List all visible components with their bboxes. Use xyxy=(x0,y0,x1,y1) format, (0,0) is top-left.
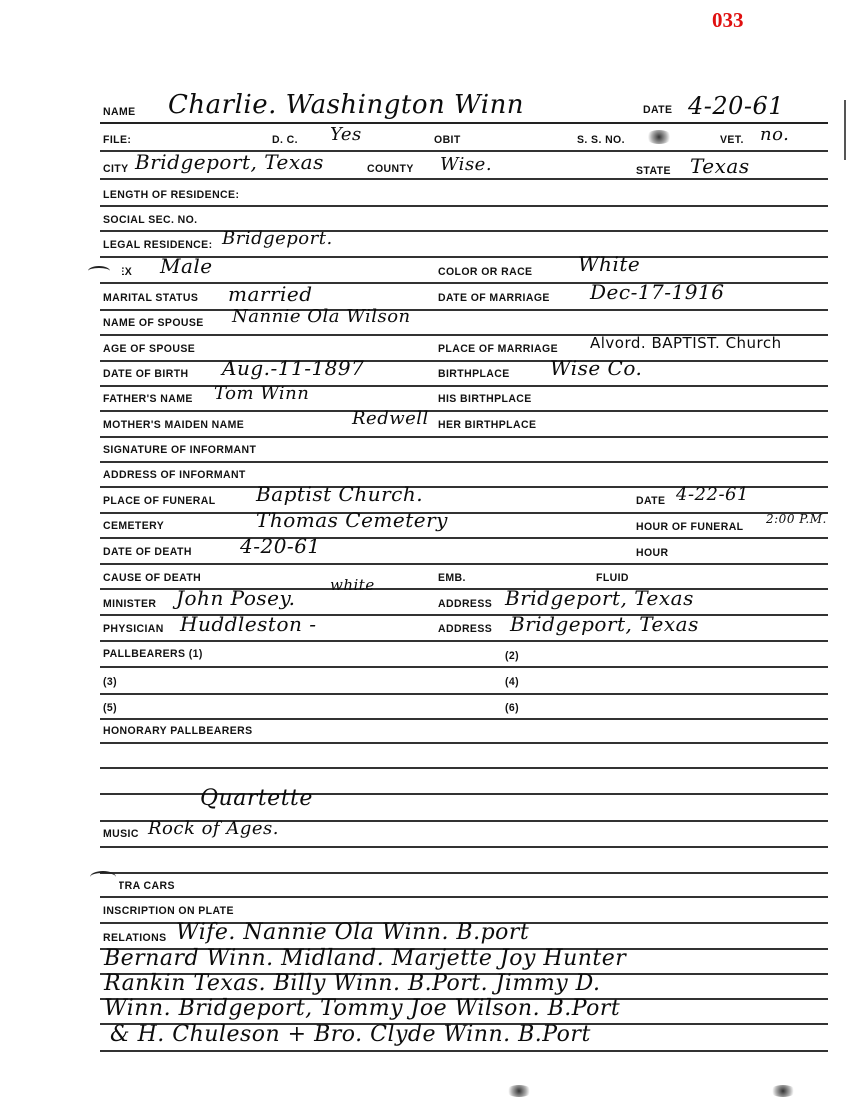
page-number: 033 xyxy=(712,8,744,33)
scan-artifact xyxy=(770,1085,796,1097)
label-ss-no: S. S. NO. xyxy=(577,134,625,147)
label-physician: PHYSICIAN xyxy=(103,623,164,636)
value-color-or-race: White xyxy=(578,252,640,276)
rule xyxy=(100,230,828,232)
rule xyxy=(100,718,828,720)
label-her-birthplace: HER BIRTHPLACE xyxy=(438,419,536,432)
label-pallbearer-1: PALLBEARERS (1) xyxy=(103,648,203,661)
punch-hole-mark xyxy=(90,871,116,883)
relations-line: Bernard Winn. Midland. Marjette Joy Hunt… xyxy=(104,946,626,971)
label-place-of-marriage: PLACE OF MARRIAGE xyxy=(438,343,558,356)
relations-line: Winn. Bridgeport, Tommy Joe Wilson. B.Po… xyxy=(104,996,620,1021)
value-date-of-death: 4-20-61 xyxy=(240,534,321,558)
label-mothers-maiden-name: MOTHER'S MAIDEN NAME xyxy=(103,419,244,432)
value-hour-of-funeral: 2:00 P.M. xyxy=(766,512,827,526)
value-date: 4-20-61 xyxy=(688,92,784,120)
label-birthplace: BIRTHPLACE xyxy=(438,368,510,381)
value-relations: Wife. Nannie Ola Winn. B.port xyxy=(176,920,529,945)
value-state: Texas xyxy=(690,154,750,178)
rule xyxy=(100,872,828,874)
label-file: FILE: xyxy=(103,134,131,147)
value-date-of-birth: Aug.-11-1897 xyxy=(222,356,364,380)
label-cause-of-death: CAUSE OF DEATH xyxy=(103,572,201,585)
scan-artifact xyxy=(506,1085,532,1097)
label-obit: OBIT xyxy=(434,134,461,147)
value-fathers-name: Tom Winn xyxy=(214,383,309,404)
relations-line: & H. Chuleson + Bro. Clyde Winn. B.Port xyxy=(110,1022,591,1047)
label-vet: VET. xyxy=(720,134,744,147)
label-dc: D. C. xyxy=(272,134,298,147)
rule xyxy=(100,436,828,438)
label-minister: MINISTER xyxy=(103,598,156,611)
label-date: DATE xyxy=(643,104,672,117)
rule xyxy=(100,309,828,311)
label-date-of-marriage: DATE OF MARRIAGE xyxy=(438,292,550,305)
value-city: Bridgeport, Texas xyxy=(135,150,324,174)
value-music: Rock of Ages. xyxy=(148,818,279,839)
rule xyxy=(100,742,828,744)
value-place-of-funeral: Baptist Church. xyxy=(256,482,423,506)
label-date-of-death: DATE OF DEATH xyxy=(103,546,192,559)
label-fathers-name: FATHER'S NAME xyxy=(103,393,193,406)
rule xyxy=(100,767,828,769)
rule xyxy=(100,205,828,207)
value-physician-address: Bridgeport, Texas xyxy=(510,612,699,636)
label-address-of-informant: ADDRESS OF INFORMANT xyxy=(103,469,246,482)
value-minister-address: Bridgeport, Texas xyxy=(505,586,694,610)
rule xyxy=(100,1050,828,1052)
label-age-of-spouse: AGE OF SPOUSE xyxy=(103,343,195,356)
label-pallbearer-2: (2) xyxy=(505,650,519,663)
label-inscription-on-plate: INSCRIPTION ON PLATE xyxy=(103,905,234,918)
label-color-or-race: COLOR OR RACE xyxy=(438,266,532,279)
label-length-of-residence: LENGTH OF RESIDENCE: xyxy=(103,189,239,202)
label-sex: SEX xyxy=(110,266,132,279)
value-physician: Huddleston - xyxy=(180,612,317,636)
rule xyxy=(100,640,828,642)
label-physician-address: ADDRESS xyxy=(438,623,492,636)
label-hour: HOUR xyxy=(636,547,669,560)
label-emb: EMB. xyxy=(438,572,466,585)
label-county: COUNTY xyxy=(367,163,414,176)
value-name-of-spouse: Nannie Ola Wilson xyxy=(232,306,411,327)
value-cemetery: Thomas Cemetery xyxy=(256,508,448,532)
label-pallbearer-5: (5) xyxy=(103,702,117,715)
rule xyxy=(100,846,828,848)
scan-edge xyxy=(844,100,846,160)
label-fluid: FLUID xyxy=(596,572,629,585)
label-name-of-spouse: NAME OF SPOUSE xyxy=(103,317,204,330)
rule xyxy=(100,360,828,362)
label-marital-status: MARITAL STATUS xyxy=(103,292,198,305)
label-name: NAME xyxy=(103,106,136,119)
label-legal-residence: LEGAL RESIDENCE: xyxy=(103,239,212,252)
value-legal-residence: Bridgeport. xyxy=(222,228,333,249)
rule xyxy=(100,563,828,565)
rule xyxy=(100,512,828,514)
punch-hole-mark xyxy=(88,266,110,276)
label-minister-address: ADDRESS xyxy=(438,598,492,611)
value-date-of-marriage: Dec-17-1916 xyxy=(590,280,724,304)
value-birthplace: Wise Co. xyxy=(550,356,642,380)
value-marital-status: married xyxy=(228,282,313,306)
value-sex: Male xyxy=(160,254,213,278)
label-place-of-funeral: PLACE OF FUNERAL xyxy=(103,495,216,508)
label-relations: RELATIONS xyxy=(103,932,167,945)
label-signature-of-informant: SIGNATURE OF INFORMANT xyxy=(103,444,256,457)
rule xyxy=(100,537,828,539)
label-music: MUSIC xyxy=(103,828,139,841)
value-mothers-maiden-name: Redwell xyxy=(352,408,429,429)
value-minister: John Posey. xyxy=(176,586,295,610)
redacted-ss-no xyxy=(646,130,672,144)
label-social-sec-no: SOCIAL SEC. NO. xyxy=(103,214,198,227)
rule xyxy=(100,410,828,412)
value-minister-note: white xyxy=(330,576,375,594)
rule xyxy=(100,666,828,668)
label-city: CITY xyxy=(103,163,129,176)
value-funeral-date: 4-22-61 xyxy=(676,484,749,505)
value-name: Charlie. Washington Winn xyxy=(168,90,524,120)
label-pallbearer-6: (6) xyxy=(505,702,519,715)
label-date-of-birth: DATE OF BIRTH xyxy=(103,368,189,381)
label-hour-of-funeral: HOUR OF FUNERAL xyxy=(636,521,744,534)
label-funeral-date: DATE xyxy=(636,495,665,508)
rule xyxy=(100,896,828,898)
value-place-of-marriage: Alvord. BAPTIST. Church xyxy=(590,334,782,352)
label-pallbearer-3: (3) xyxy=(103,676,117,689)
relations-line: Rankin Texas. Billy Winn. B.Port. Jimmy … xyxy=(104,971,600,996)
rule xyxy=(100,178,828,180)
label-state: STATE xyxy=(636,165,671,178)
label-cemetery: CEMETERY xyxy=(103,520,164,533)
value-vet: no. xyxy=(760,124,789,145)
rule xyxy=(100,693,828,695)
rule xyxy=(100,122,828,124)
value-county: Wise. xyxy=(440,154,492,175)
label-honorary-pallbearers: HONORARY PALLBEARERS xyxy=(103,725,253,738)
value-music-note: Quartette xyxy=(200,786,313,811)
rule xyxy=(100,461,828,463)
value-dc: Yes xyxy=(330,124,362,145)
label-pallbearer-4: (4) xyxy=(505,676,519,689)
rule xyxy=(100,385,828,387)
label-his-birthplace: HIS BIRTHPLACE xyxy=(438,393,532,406)
